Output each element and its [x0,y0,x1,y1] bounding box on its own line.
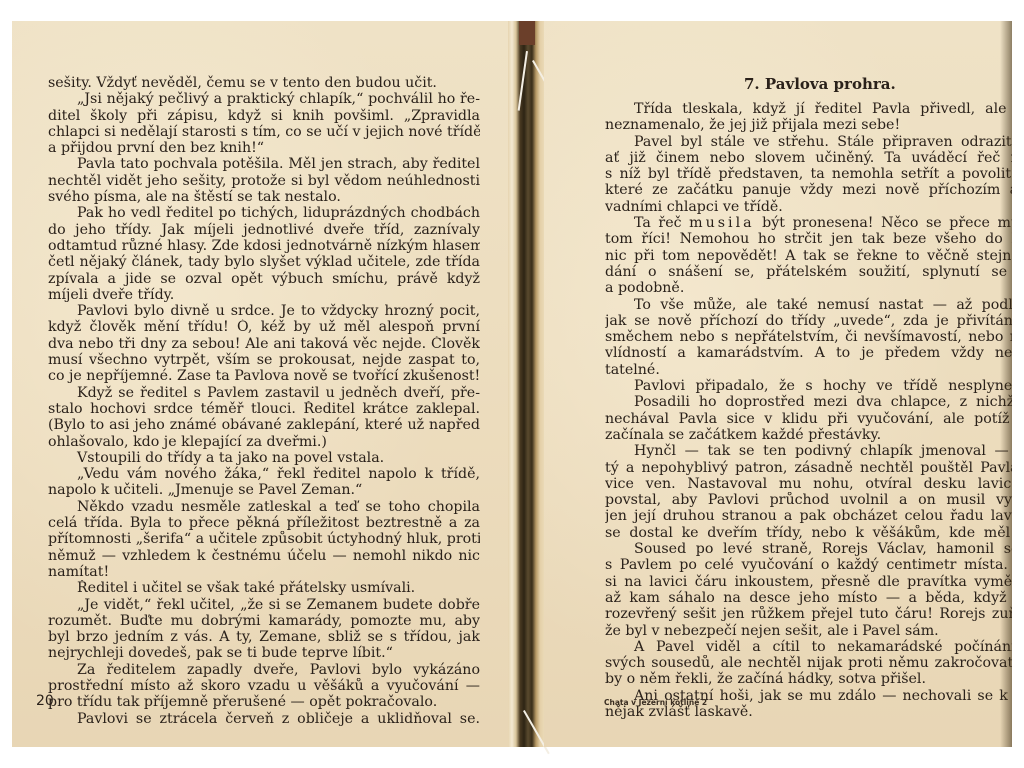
text-line: povstal, aby Pavlovi průchod uvolnil a o… [605,492,1012,508]
text-line: zpívala a jide se ozval opět výbuch smíc… [48,271,480,287]
text-line: sešity. Vždyť nevěděl, čemu se v tento d… [48,75,480,91]
text-line: Pak ho vedl ředitel po tichých, lidupráz… [48,205,480,221]
text-line: rozevřený sešit jen růžkem přejel tuto č… [605,606,1012,622]
text-line: Soused po levé straně, Rorejs Václav, ha… [605,541,1012,557]
text-line: „Vedu vám nového žáka,“ řekl ředitel nap… [48,466,480,482]
text-line: ohlašovalo, kdo je klepající za dveřmi.) [48,434,480,450]
text-line: Pavel byl stále ve střehu. Stále připrav… [605,134,1012,150]
text-line: „Je vidět,“ řekl učitel, „že si se Zeman… [48,597,480,613]
text-line: s Pavlem po celé vyučování o každý centi… [605,557,1012,573]
text-line: Někdo vzadu nesměle zatleskal a teď se t… [48,499,480,515]
text-line: četl nějaký článek, tady bylo slyšet výk… [48,254,480,270]
text-line: a podobně. [605,280,1012,296]
text-line: nechával Pavla sice v klidu při vyučován… [605,411,1012,427]
text-line: To vše může, ale také nemusí nastat — až… [605,297,1012,313]
text-line: Pavlovi připadalo, že s hochy ve třídě n… [605,378,1012,394]
text-line: Pavla tato pochvala potěšila. Měl jen st… [48,156,480,172]
text-line: pro třídu tak příjemně přerušené — opět … [48,694,480,710]
text-line: tý a nepohyblivý patron, zásadně nechtěl… [605,460,1012,476]
text-line: Posadili ho doprostřed mezi dva chlapce,… [605,394,1012,410]
printer-signature-mark: Chata v Jezerní kotlině 2 [604,698,707,707]
text-line: prostřední místo až skoro vzadu u věšáků… [48,678,480,694]
emphasized-word: musila [689,215,754,231]
right-page-body-text: Třída tleskala, když jí ředitel Pavla př… [605,101,1012,720]
text-line: když člověk mění třídu! Ó, kéž by už měl… [48,319,480,335]
text-line: (Bylo to asi jeho známé obávané zaklepán… [48,417,480,433]
text-line: celá třída. Byla to přece pěkná příležit… [48,515,480,531]
text-line: jak se nově příchozí do třídy „uvede“, z… [605,313,1012,329]
text-line: namítat! [48,564,480,580]
text-line: Pavlovi bylo divně u srdce. Je to vždyck… [48,303,480,319]
text-line: svých sousedů, ale nechtěl nijak proti n… [605,655,1012,671]
left-page-body-text: sešity. Vždyť nevěděl, čemu se v tento d… [48,75,480,727]
spine-binding-top [519,21,535,45]
page-number: 20 [36,693,54,709]
text-line: směchem nebo s nepřátelstvím, či nevšíma… [605,329,1012,345]
text-line: až kam sáhalo na desce jeho místo — a bě… [605,590,1012,606]
text-line: A Pavel viděl a cítil to nekamarádské po… [605,639,1012,655]
text-line: s níž byl třídě představen, ta nemohla s… [605,166,1012,182]
text-line: Třída tleskala, když jí ředitel Pavla př… [605,101,1012,117]
text-line: stalo hochovi srdce téměř tlouci. Ředite… [48,401,480,417]
text-line: tatelné. [605,362,1012,378]
text-line: tom říci! Nemohou ho strčit jen tak beze… [605,231,1012,247]
text-line: a přijdou první den bez knih!“ [48,140,480,156]
text-line: Za ředitelem zapadly dveře, Pavlovi bylo… [48,662,480,678]
text-line: odtamtud různé hlasy. Zde kdosi jednotvá… [48,238,480,254]
text-line: přítomnosti „šerifa“ a učitele způsobit … [48,531,480,547]
page-edge-shadow [1000,21,1012,747]
open-book: sešity. Vždyť nevěděl, čemu se v tento d… [12,21,1012,747]
text-line: „Jsi nějaký pečlivý a praktický chlapík,… [48,91,480,107]
text-line: svého písma, ale na štěstí se tak nestal… [48,189,480,205]
text-line: že byl v nebezpečí nejen sešit, ale i Pa… [605,623,1012,639]
left-page: sešity. Vždyť nevěděl, čemu se v tento d… [12,21,508,747]
text-line: Ředitel i učitel se však také přátelsky … [48,580,480,596]
text-line: začínala se začátkem každé přestávky. [605,427,1012,443]
text-line: Hynčl — tak se ten podivný chlapík jmeno… [605,443,1012,459]
text-line: nejrychleji dovedeš, pak se ti bude tepr… [48,645,480,661]
text-line: napolo k učiteli. „Jmenuje se Pavel Zema… [48,482,480,498]
text-line: Když se ředitel s Pavlem zastavil u jedn… [48,385,480,401]
text-line: chlapci si nedělají starosti s tím, co s… [48,124,480,140]
text-line: se dostal ke dveřím třídy, nebo k věšáků… [605,525,1012,541]
text-line: by o něm řekli, že začíná hádky, sotva p… [605,671,1012,687]
text-line: které ze začátku panuje vždy mezi nově p… [605,182,1012,198]
text-line: Ta řeč musila být pronesena! Něco se pře… [605,215,1012,231]
text-line: míjeli dveře třídy. [48,287,480,303]
text-line: jen její druhou stranou a pak obcházet c… [605,508,1012,524]
text-line: dání o snášení se, přátelském soužití, s… [605,264,1012,280]
text-line: ať již činem nebo slovem učiněný. Ta uvá… [605,150,1012,166]
text-line: neznamenalo, že jej již přijala mezi seb… [605,117,1012,133]
text-line: Vstoupili do třídy a ta jako na povel vs… [48,450,480,466]
chapter-title: 7. Pavlova prohra. [744,75,896,93]
right-page: 7. Pavlova prohra. Třída tleskala, když … [544,21,1012,747]
text-line: ditel školy při zápisu, když si knih pov… [48,108,480,124]
text-line: vice ven. Nastavoval mu nohu, otvíral de… [605,476,1012,492]
text-line: vadními chlapci ve třídě. [605,199,1012,215]
text-line: do jeho třídy. Jak míjeli jednotlivé dve… [48,222,480,238]
text-line: vlídností a kamarádstvím. A to je předem… [605,345,1012,361]
text-line: co je nepříjemné. Zase ta Pavlova nově s… [48,368,480,384]
text-line: si na lavici čáru inkoustem, přesně dle … [605,574,1012,590]
text-line: rozumět. Buďte mu dobrými kamarády, pomo… [48,613,480,629]
book-spine [508,21,544,747]
text-line: nechtěl vidět jeho sešity, protože si by… [48,173,480,189]
text-line: musí všechno vytrpět, vším se prokousat,… [48,352,480,368]
text-line: byl brzo jedním z vás. A ty, Zemane, sbl… [48,629,480,645]
text-line: nic při tom nepovědět! A tak se řekne to… [605,248,1012,264]
text-line: dva nebo tři dny za sebou! Ale ani takov… [48,336,480,352]
text-line: Pavlovi se ztrácela červeň z obličeje a … [48,711,480,727]
text-line: němuž — vzhledem k čestnému účelu — nemo… [48,548,480,564]
